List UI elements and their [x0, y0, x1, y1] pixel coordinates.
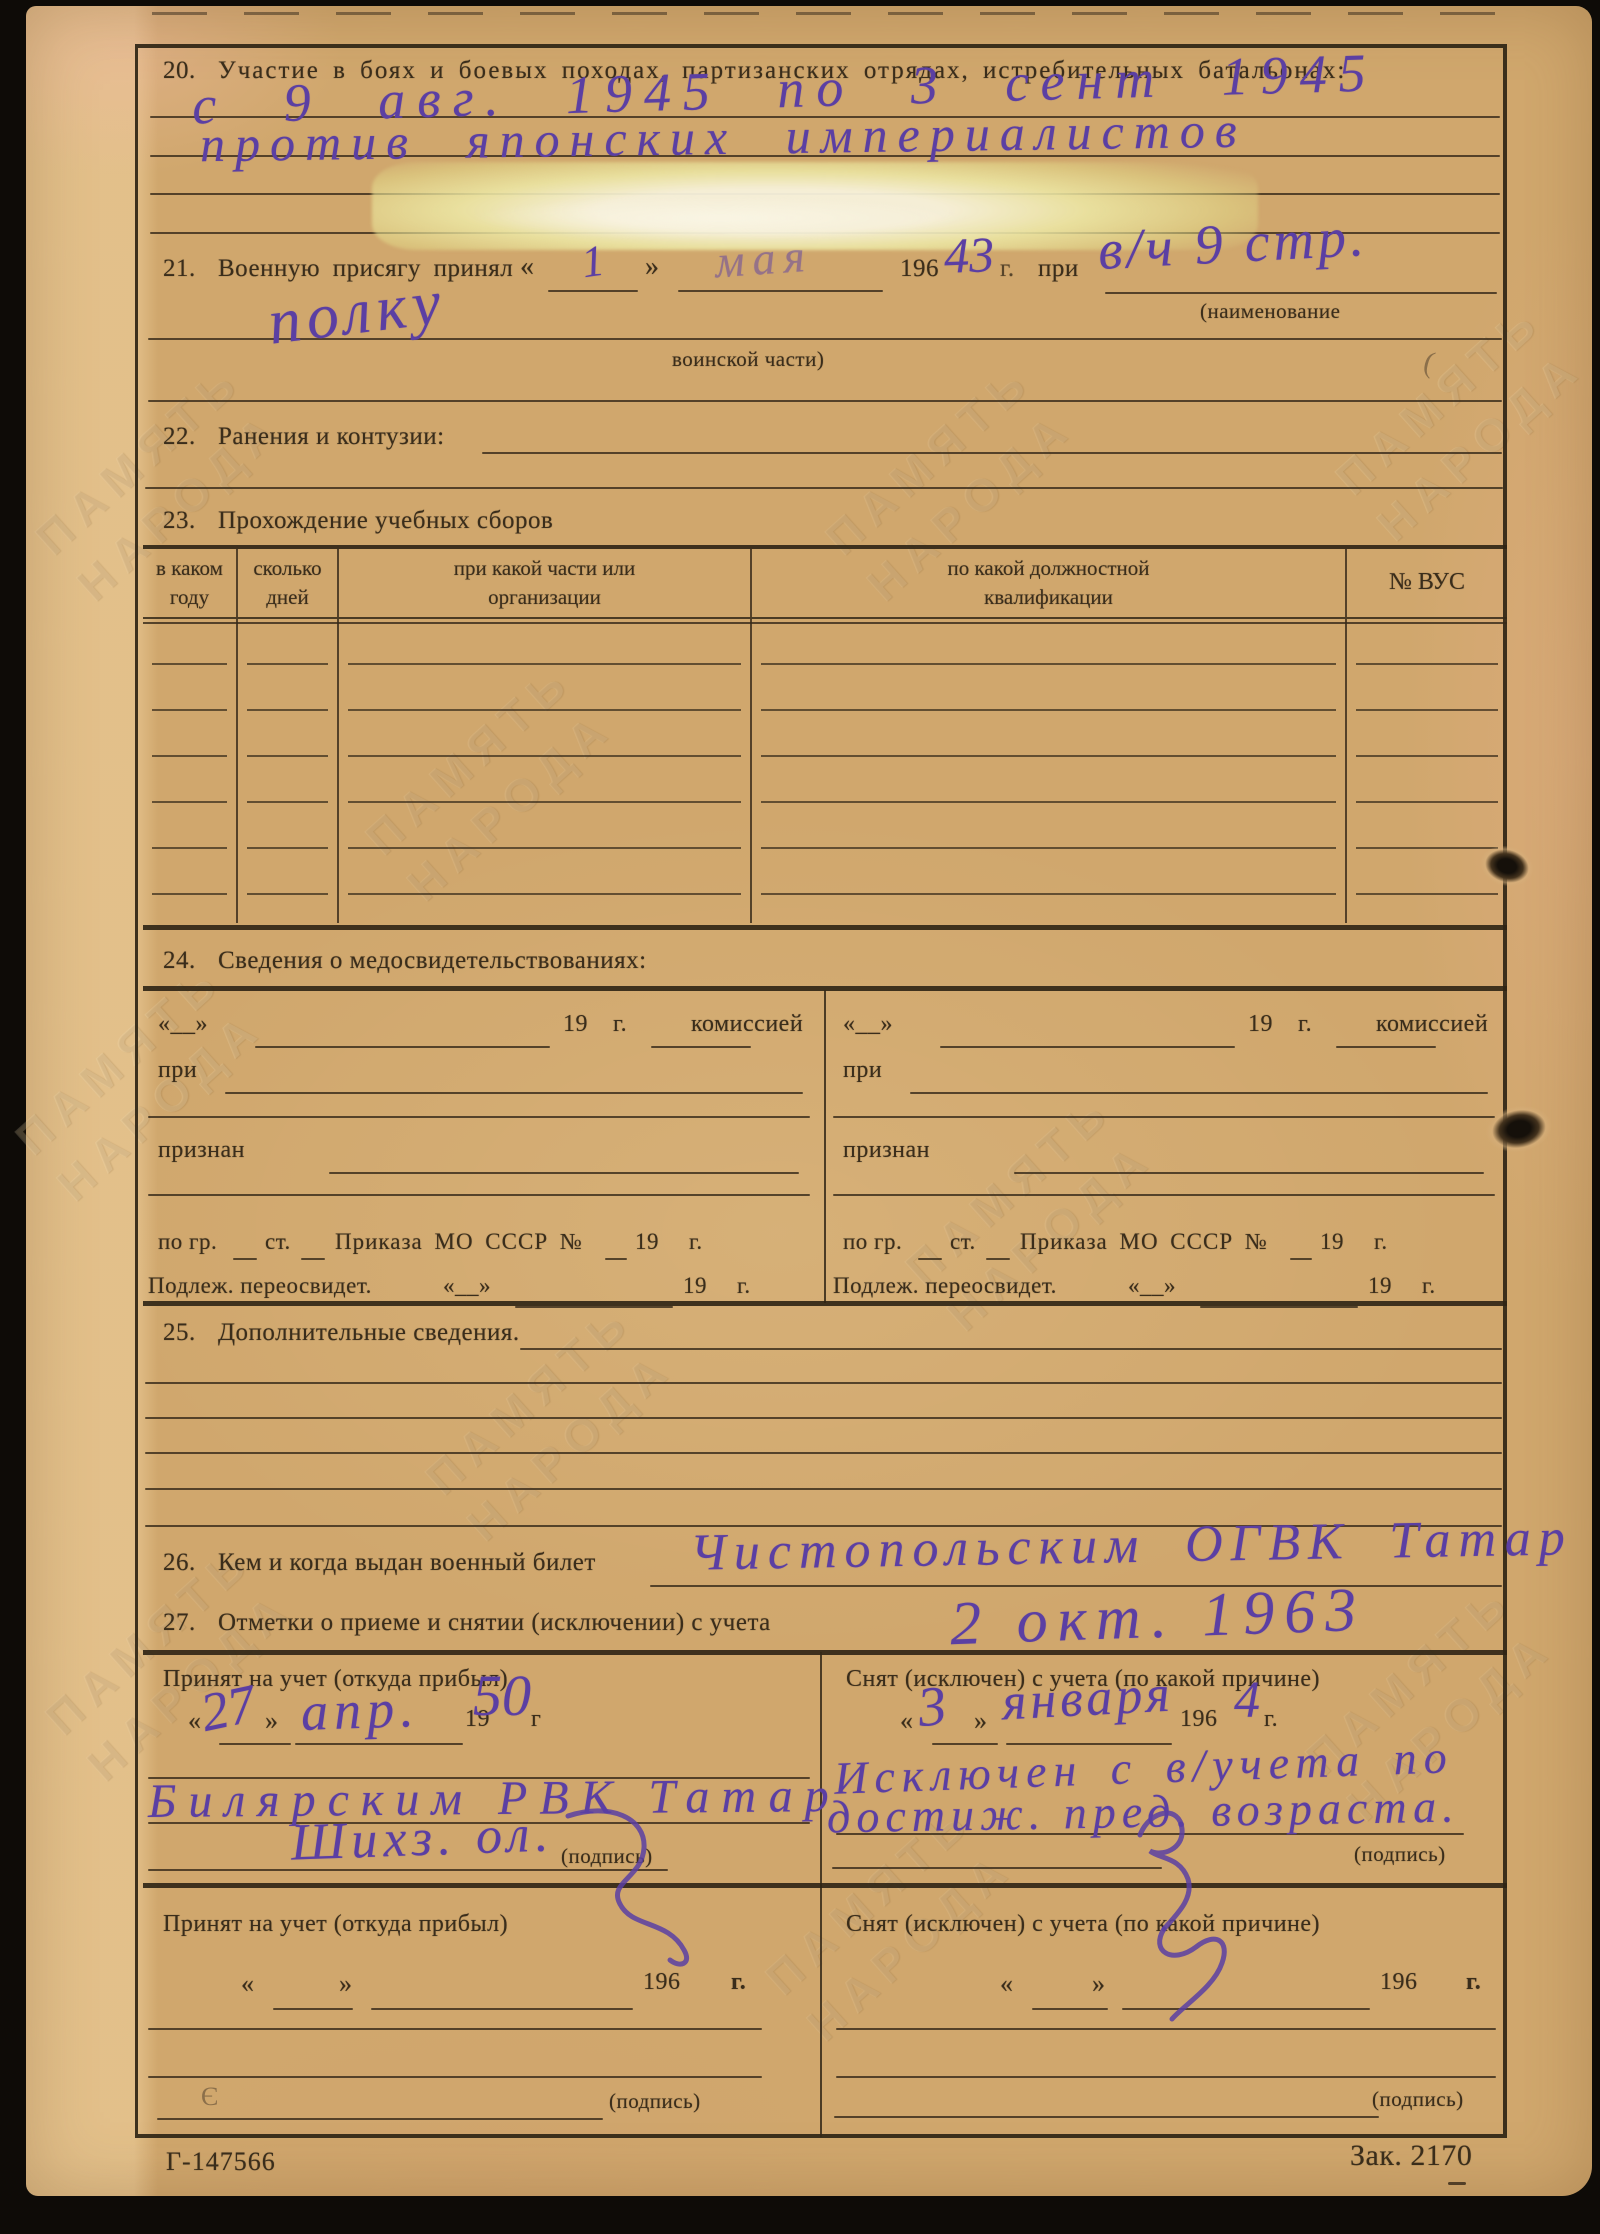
ruled-line — [145, 1417, 1502, 1419]
year-print: 196 — [643, 1970, 681, 1995]
section26-title: Кем и когда выдан военный билет — [218, 1550, 596, 1576]
caption-voinskoy-chasti: воинской части) — [672, 348, 824, 370]
quote-open: « — [188, 1707, 202, 1734]
blank-short — [301, 1258, 325, 1260]
year-print: 19 — [1368, 1274, 1392, 1298]
column-divider — [824, 990, 826, 1303]
ruled-line — [148, 2028, 762, 2030]
blank-month — [295, 1743, 463, 1745]
sign-caption: (подпись) — [1372, 2088, 1464, 2110]
pencil-mark: Є — [201, 2082, 218, 2112]
ruled-line — [836, 2076, 1496, 2078]
blank-short — [918, 1258, 942, 1260]
year-suffix: г. — [1264, 1707, 1278, 1732]
medical-exam-block-right: «__» 19 г. комиссией при признан по гр. … — [828, 992, 1507, 1303]
year-suffix: г. — [731, 1970, 746, 1995]
quote-blank: «__» — [843, 1012, 893, 1037]
blank-line — [482, 452, 1502, 454]
table-body — [143, 619, 1507, 923]
table-header-row: в каком году сколько дней при какой част… — [143, 549, 1507, 619]
ruled-line — [157, 2118, 603, 2120]
year-print: 19 — [635, 1230, 659, 1254]
blank-short — [1290, 1258, 1312, 1260]
blank-line — [910, 1092, 1488, 1094]
handwriting-oath-month: мая — [714, 233, 815, 286]
correction-stain-highlight — [470, 196, 970, 240]
year-print: 19 — [1320, 1230, 1344, 1254]
blank-line — [1336, 1046, 1436, 1048]
section27-number: 27. — [163, 1610, 196, 1636]
blank-day — [219, 1743, 291, 1745]
handwriting-unit: в/ч 9 стр. — [1097, 209, 1369, 279]
blank-day — [273, 2008, 353, 2010]
label-prizvan: признан — [843, 1138, 930, 1163]
section24-title: Сведения о медосвидетельствованиях: — [218, 948, 647, 974]
year-suffix: г. — [1298, 1012, 1312, 1037]
print-run-code: Г-147566 — [166, 2148, 276, 2175]
label-gr: по гр. — [158, 1230, 217, 1254]
year-print: 196 — [1380, 1970, 1418, 1995]
quote-open: « — [520, 252, 535, 281]
table-column — [238, 619, 339, 923]
section27-title: Отметки о приеме и снятии (исключении) с… — [218, 1610, 771, 1636]
quote-blank: «__» — [158, 1012, 208, 1037]
table-column — [143, 619, 238, 923]
label-pri: при — [1038, 256, 1079, 282]
quote-open: « — [900, 1707, 914, 1734]
label-prikaz: Приказа МО СССР № — [335, 1230, 583, 1254]
ruled-line — [836, 2028, 1496, 2030]
blank-day — [932, 1743, 998, 1745]
label-commission: комиссией — [1376, 1012, 1488, 1037]
blank-line — [940, 1046, 1235, 1048]
quote-close: » — [974, 1707, 988, 1734]
section22-title: Ранения и контузии: — [218, 424, 445, 450]
handwriting-oath-year: 43 — [943, 229, 995, 281]
table-column — [1347, 619, 1507, 923]
section25-title: Дополнительные сведения. — [218, 1320, 520, 1346]
col-header-days: сколько дней — [238, 549, 339, 617]
ruled-line — [145, 1452, 1502, 1454]
blank-day — [548, 290, 638, 292]
blank-line — [651, 1046, 751, 1048]
blank-line — [148, 1116, 810, 1118]
col-header-year: в каком году — [143, 549, 238, 617]
ruled-line — [148, 2076, 762, 2078]
ruled-line — [834, 2116, 1379, 2118]
blank-line — [255, 1046, 550, 1048]
blank-short — [986, 1258, 1010, 1260]
year-print: 196 — [900, 256, 939, 282]
section23-number: 23. — [163, 508, 196, 534]
year-print: 196 — [1180, 1707, 1218, 1732]
year-suffix: г. — [613, 1012, 627, 1037]
label-reexam: Подлеж. переосвидет. — [148, 1274, 372, 1298]
ruled-line — [148, 400, 1502, 402]
blank-short — [605, 1258, 627, 1260]
year-print: 19 — [683, 1274, 707, 1298]
section25-number: 25. — [163, 1320, 196, 1346]
blank-unit — [1105, 292, 1497, 294]
handwriting-year: 4 — [1234, 1675, 1260, 1727]
scanned-military-document: ПАМЯТЬ НАРОДА ПАМЯТЬ НАРОДА ПАМЯТЬ НАРОД… — [0, 0, 1600, 2234]
year-suffix: г. — [1466, 1970, 1481, 1995]
handwriting-registration-date: 2 окт. 1963 — [949, 1579, 1367, 1655]
blank-line — [1014, 1172, 1484, 1174]
year-print: 19 — [1248, 1012, 1273, 1037]
order-number: Зак. 2170 — [1350, 2140, 1472, 2172]
handwriting-combat-enemy: против японских империалистов — [200, 105, 1247, 170]
col-header-vus: № ВУС — [1347, 549, 1507, 617]
label-pri: при — [158, 1058, 197, 1083]
sign-caption: (подпись) — [609, 2090, 701, 2112]
handwriting-month: апр. — [300, 1681, 420, 1739]
medical-exam-block-left: «__» 19 г. комиссией при признан по гр. … — [143, 992, 822, 1303]
blank-line — [329, 1172, 799, 1174]
year-suffix: г. — [1422, 1274, 1436, 1298]
quote-open: « — [241, 1970, 255, 1997]
training-camps-table: в каком году сколько дней при какой част… — [143, 545, 1507, 930]
label-reexam: Подлеж. переосвидет. — [833, 1274, 1057, 1298]
cell-header: Принят на учет (откуда прибыл) — [163, 1912, 508, 1937]
year-suffix: г — [531, 1707, 541, 1732]
ruled-line — [145, 1488, 1502, 1490]
section22-number: 22. — [163, 424, 196, 450]
handwriting-year: 50 — [473, 1667, 531, 1725]
label-prikaz: Приказа МО СССР № — [1020, 1230, 1268, 1254]
caption-naimenovanie: (наименование — [1200, 300, 1340, 322]
ruled-line — [145, 1382, 1502, 1384]
quote-blank: «__» — [443, 1274, 491, 1298]
label-pri: при — [843, 1058, 882, 1083]
sign-caption: (подпись) — [1354, 1843, 1446, 1865]
section21-number: 21. — [163, 256, 196, 282]
quote-close: » — [339, 1970, 353, 1997]
signature-flourish — [560, 1800, 720, 1970]
ruled-line — [145, 487, 1503, 489]
year-print: 19 — [563, 1012, 588, 1037]
section23-title: Прохождение учебных сборов — [218, 508, 553, 534]
blank-month — [371, 2008, 633, 2010]
handwriting-day: 27 — [196, 1676, 260, 1740]
label-st: ст. — [950, 1230, 976, 1254]
top-edge-marks — [152, 12, 1497, 15]
year-suffix: г. — [1000, 256, 1015, 282]
section24-number: 24. — [163, 948, 196, 974]
blank-line — [833, 1194, 1495, 1196]
label-st: ст. — [265, 1230, 291, 1254]
handwriting-month: января — [1001, 1669, 1175, 1730]
table-column — [752, 619, 1347, 923]
blank-line — [520, 1348, 1502, 1350]
quote-open: « — [1000, 1970, 1014, 1997]
label-commission: комиссией — [691, 1012, 803, 1037]
quote-close: » — [265, 1707, 279, 1734]
blank-line — [225, 1092, 803, 1094]
handwriting-day: 3 — [915, 1678, 949, 1737]
blank-month — [678, 290, 883, 292]
blank-line — [148, 1194, 810, 1196]
underline-mark — [1448, 2182, 1466, 2185]
table-column — [339, 619, 752, 923]
blank-line — [515, 1306, 673, 1308]
year-suffix: г. — [689, 1230, 703, 1254]
col-header-unit: при какой части или организации — [339, 549, 752, 617]
quote-close: » — [645, 252, 660, 281]
blank-line — [1200, 1306, 1358, 1308]
label-gr: по гр. — [843, 1230, 902, 1254]
quote-blank: «__» — [1128, 1274, 1176, 1298]
blank-short — [233, 1258, 257, 1260]
section26-number: 26. — [163, 1550, 196, 1576]
year-suffix: г. — [737, 1274, 751, 1298]
blank-line — [833, 1116, 1495, 1118]
label-priznan: признан — [158, 1138, 245, 1163]
col-header-qualification: по какой должностной квалификации — [752, 549, 1347, 617]
signature-flourish — [1080, 1795, 1300, 2025]
handwriting-signature-note: Шихз. ол. — [290, 1808, 555, 1869]
year-suffix: г. — [1374, 1230, 1388, 1254]
